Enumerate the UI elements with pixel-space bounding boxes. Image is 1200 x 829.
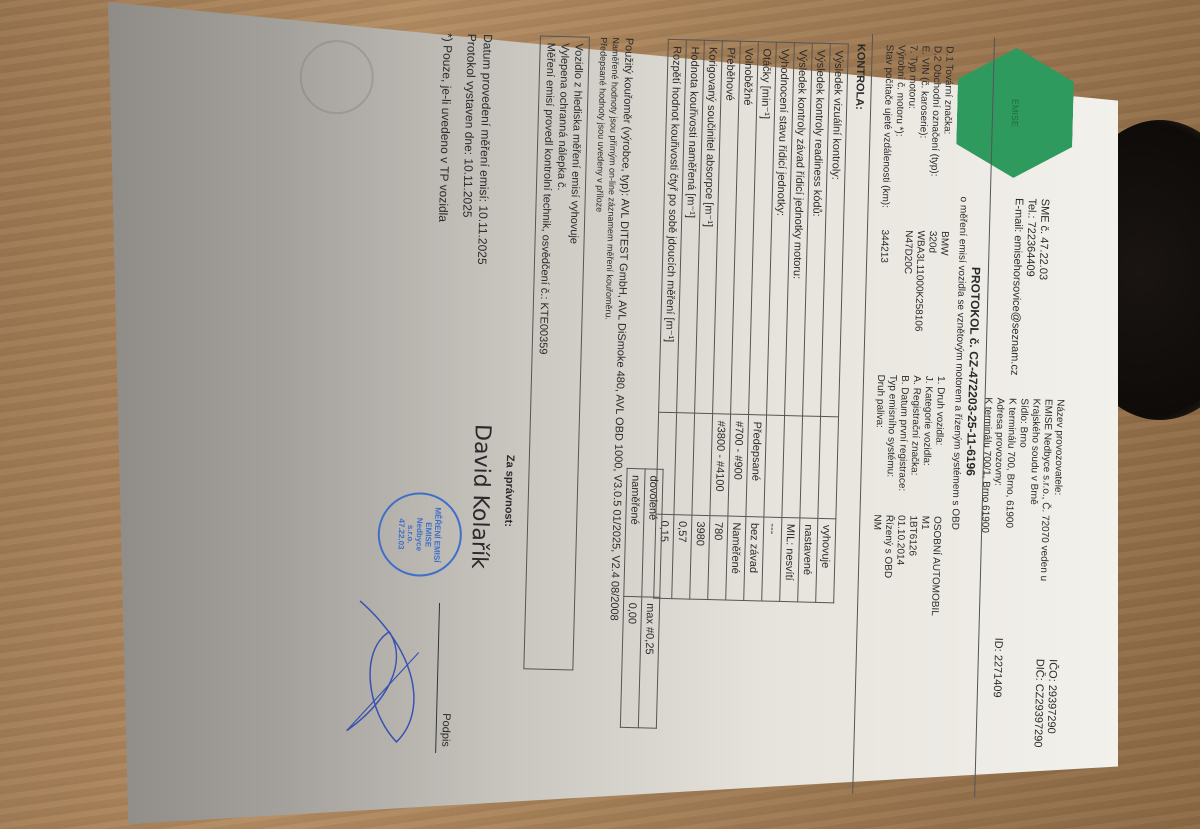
signature-label: Podpis <box>439 713 452 747</box>
vehicle-labels-right: 1. Druh vozidla: J. Kategorie vozidla: A… <box>871 374 946 492</box>
footnote: *) Pouze, je-li uvedeno v TP vozidla <box>436 33 455 222</box>
issuer-block: Název provozovatele: EMISE Nedbyce s.r.o… <box>977 397 1066 581</box>
ico: IČO: 29397290 <box>1043 659 1058 748</box>
vehicle-values-right: OSOBNÍ AUTOMOBIL M1 1BT6126 01.10.2014 Ř… <box>868 514 943 616</box>
correctness-label: Za správnost: <box>502 455 516 527</box>
official-stamp: MĚŘENÍ EMISÍ EMISE Nedbyce s.r.o. 47.22.… <box>377 491 463 577</box>
vehicle-labels-left: D.1 Tovární značka: D.2 Obchodní označen… <box>879 44 955 209</box>
smoke-limit-table: dovolenémax #0,25 naměřené0,00 <box>620 468 664 729</box>
tax-ids: IČO: 29397290 DIČ: CZ29397290 <box>1030 659 1058 748</box>
emission-hexagon-logo-icon: EMISE <box>955 46 1074 179</box>
result-box: Vozidlo z hlediska měření emisí vyhovuje… <box>523 35 590 670</box>
dic: DIČ: CZ29397290 <box>1030 659 1045 748</box>
faint-stamp-imprint <box>299 39 375 115</box>
issuer-contact: SME č. 47.22.03 Tel.: 722364409 E-mail: … <box>1007 198 1051 376</box>
kontrola-heading: KONTROLA: <box>853 44 867 110</box>
control-table: Výsledek vizuální kontroly:vyhovuje Výsl… <box>653 39 849 604</box>
divider <box>852 34 873 794</box>
emission-protocol-page: EMISE SME č. 47.22.03 Tel.: 722364409 E-… <box>75 14 1095 800</box>
technician-name: David Kolařík <box>466 424 495 569</box>
station-id: ID: 2271409 <box>991 638 1005 698</box>
vehicle-values-left: BMW 320d WBA3L11000K258106 N47D20C 34421… <box>875 229 950 332</box>
signature-scribble-icon <box>336 590 440 753</box>
